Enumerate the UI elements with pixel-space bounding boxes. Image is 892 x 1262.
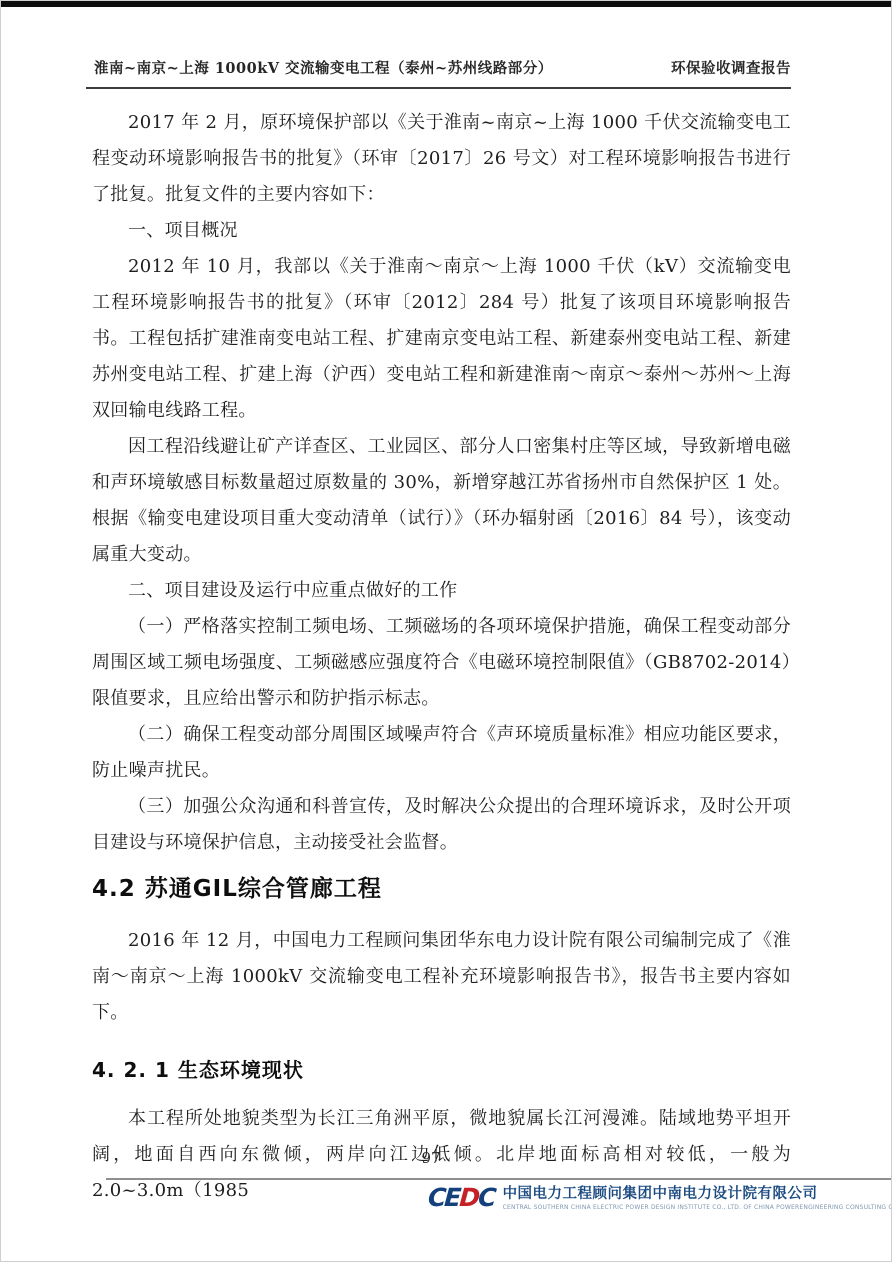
company-name-en: CENTRAL SOUTHERN CHINA ELECTRIC POWER DE…: [503, 1204, 892, 1211]
company-logo-block: CEDC 中国电力工程顾问集团中南电力设计院有限公司 CENTRAL SOUTH…: [428, 1186, 892, 1211]
paragraph-item-two-heading: 二、项目建设及运行中应重点做好的工作: [92, 573, 791, 609]
page-header: 淮南~南京~上海 1000kV 交流输变电工程（泰州~苏州线路部分） 环保验收调…: [86, 57, 791, 89]
scan-edge-artifact: [1, 1, 891, 7]
paragraph-project-overview: 2012 年 10 月，我部以《关于淮南～南京～上海 1000 千伏（kV）交流…: [92, 249, 791, 429]
paragraph-requirement-2: （二）确保工程变动部分周围区域噪声符合《声环境质量标准》相应功能区要求，防止噪声…: [92, 717, 791, 789]
document-body: 2017 年 2 月，原环境保护部以《关于淮南~南京~上海 1000 千伏交流输…: [92, 105, 791, 1209]
logo-letter: D: [458, 1183, 479, 1212]
company-names: 中国电力工程顾问集团中南电力设计院有限公司 CENTRAL SOUTHERN C…: [503, 1186, 892, 1211]
header-left-title: 淮南~南京~上海 1000kV 交流输变电工程（泰州~苏州线路部分）: [94, 57, 553, 78]
paragraph-requirement-1: （一）严格落实控制工频电场、工频磁场的各项环境保护措施，确保工程变动部分周围区域…: [92, 609, 791, 717]
paragraph-major-change: 因工程沿线避让矿产详查区、工业园区、部分人口密集村庄等区域，导致新增电磁和声环境…: [92, 429, 791, 573]
document-page: 淮南~南京~上海 1000kV 交流输变电工程（泰州~苏州线路部分） 环保验收调…: [0, 0, 892, 1262]
logo-letter: C: [477, 1183, 495, 1212]
header-right-title: 环保验收调查报告: [671, 57, 791, 78]
section-heading-4-2: 4.2 苏通GIL综合管廊工程: [92, 873, 791, 905]
paragraph-approval-2017: 2017 年 2 月，原环境保护部以《关于淮南~南京~上海 1000 千伏交流输…: [92, 105, 791, 213]
section-heading-4-2-1: 4. 2. 1 生态环境现状: [92, 1055, 791, 1085]
paragraph-requirement-3: （三）加强公众沟通和科普宣传，及时解决公众提出的合理环境诉求，及时公开项目建设与…: [92, 789, 791, 861]
page-number: 97: [92, 1149, 770, 1167]
paragraph-supplement-report: 2016 年 12 月，中国电力工程顾问集团华东电力设计院有限公司编制完成了《淮…: [92, 923, 791, 1031]
paragraph-item-one-heading: 一、项目概况: [92, 213, 791, 249]
footer-divider: [106, 1178, 891, 1180]
cedc-logo-icon: CEDC: [427, 1186, 495, 1210]
company-name-cn: 中国电力工程顾问集团中南电力设计院有限公司: [503, 1186, 892, 1202]
